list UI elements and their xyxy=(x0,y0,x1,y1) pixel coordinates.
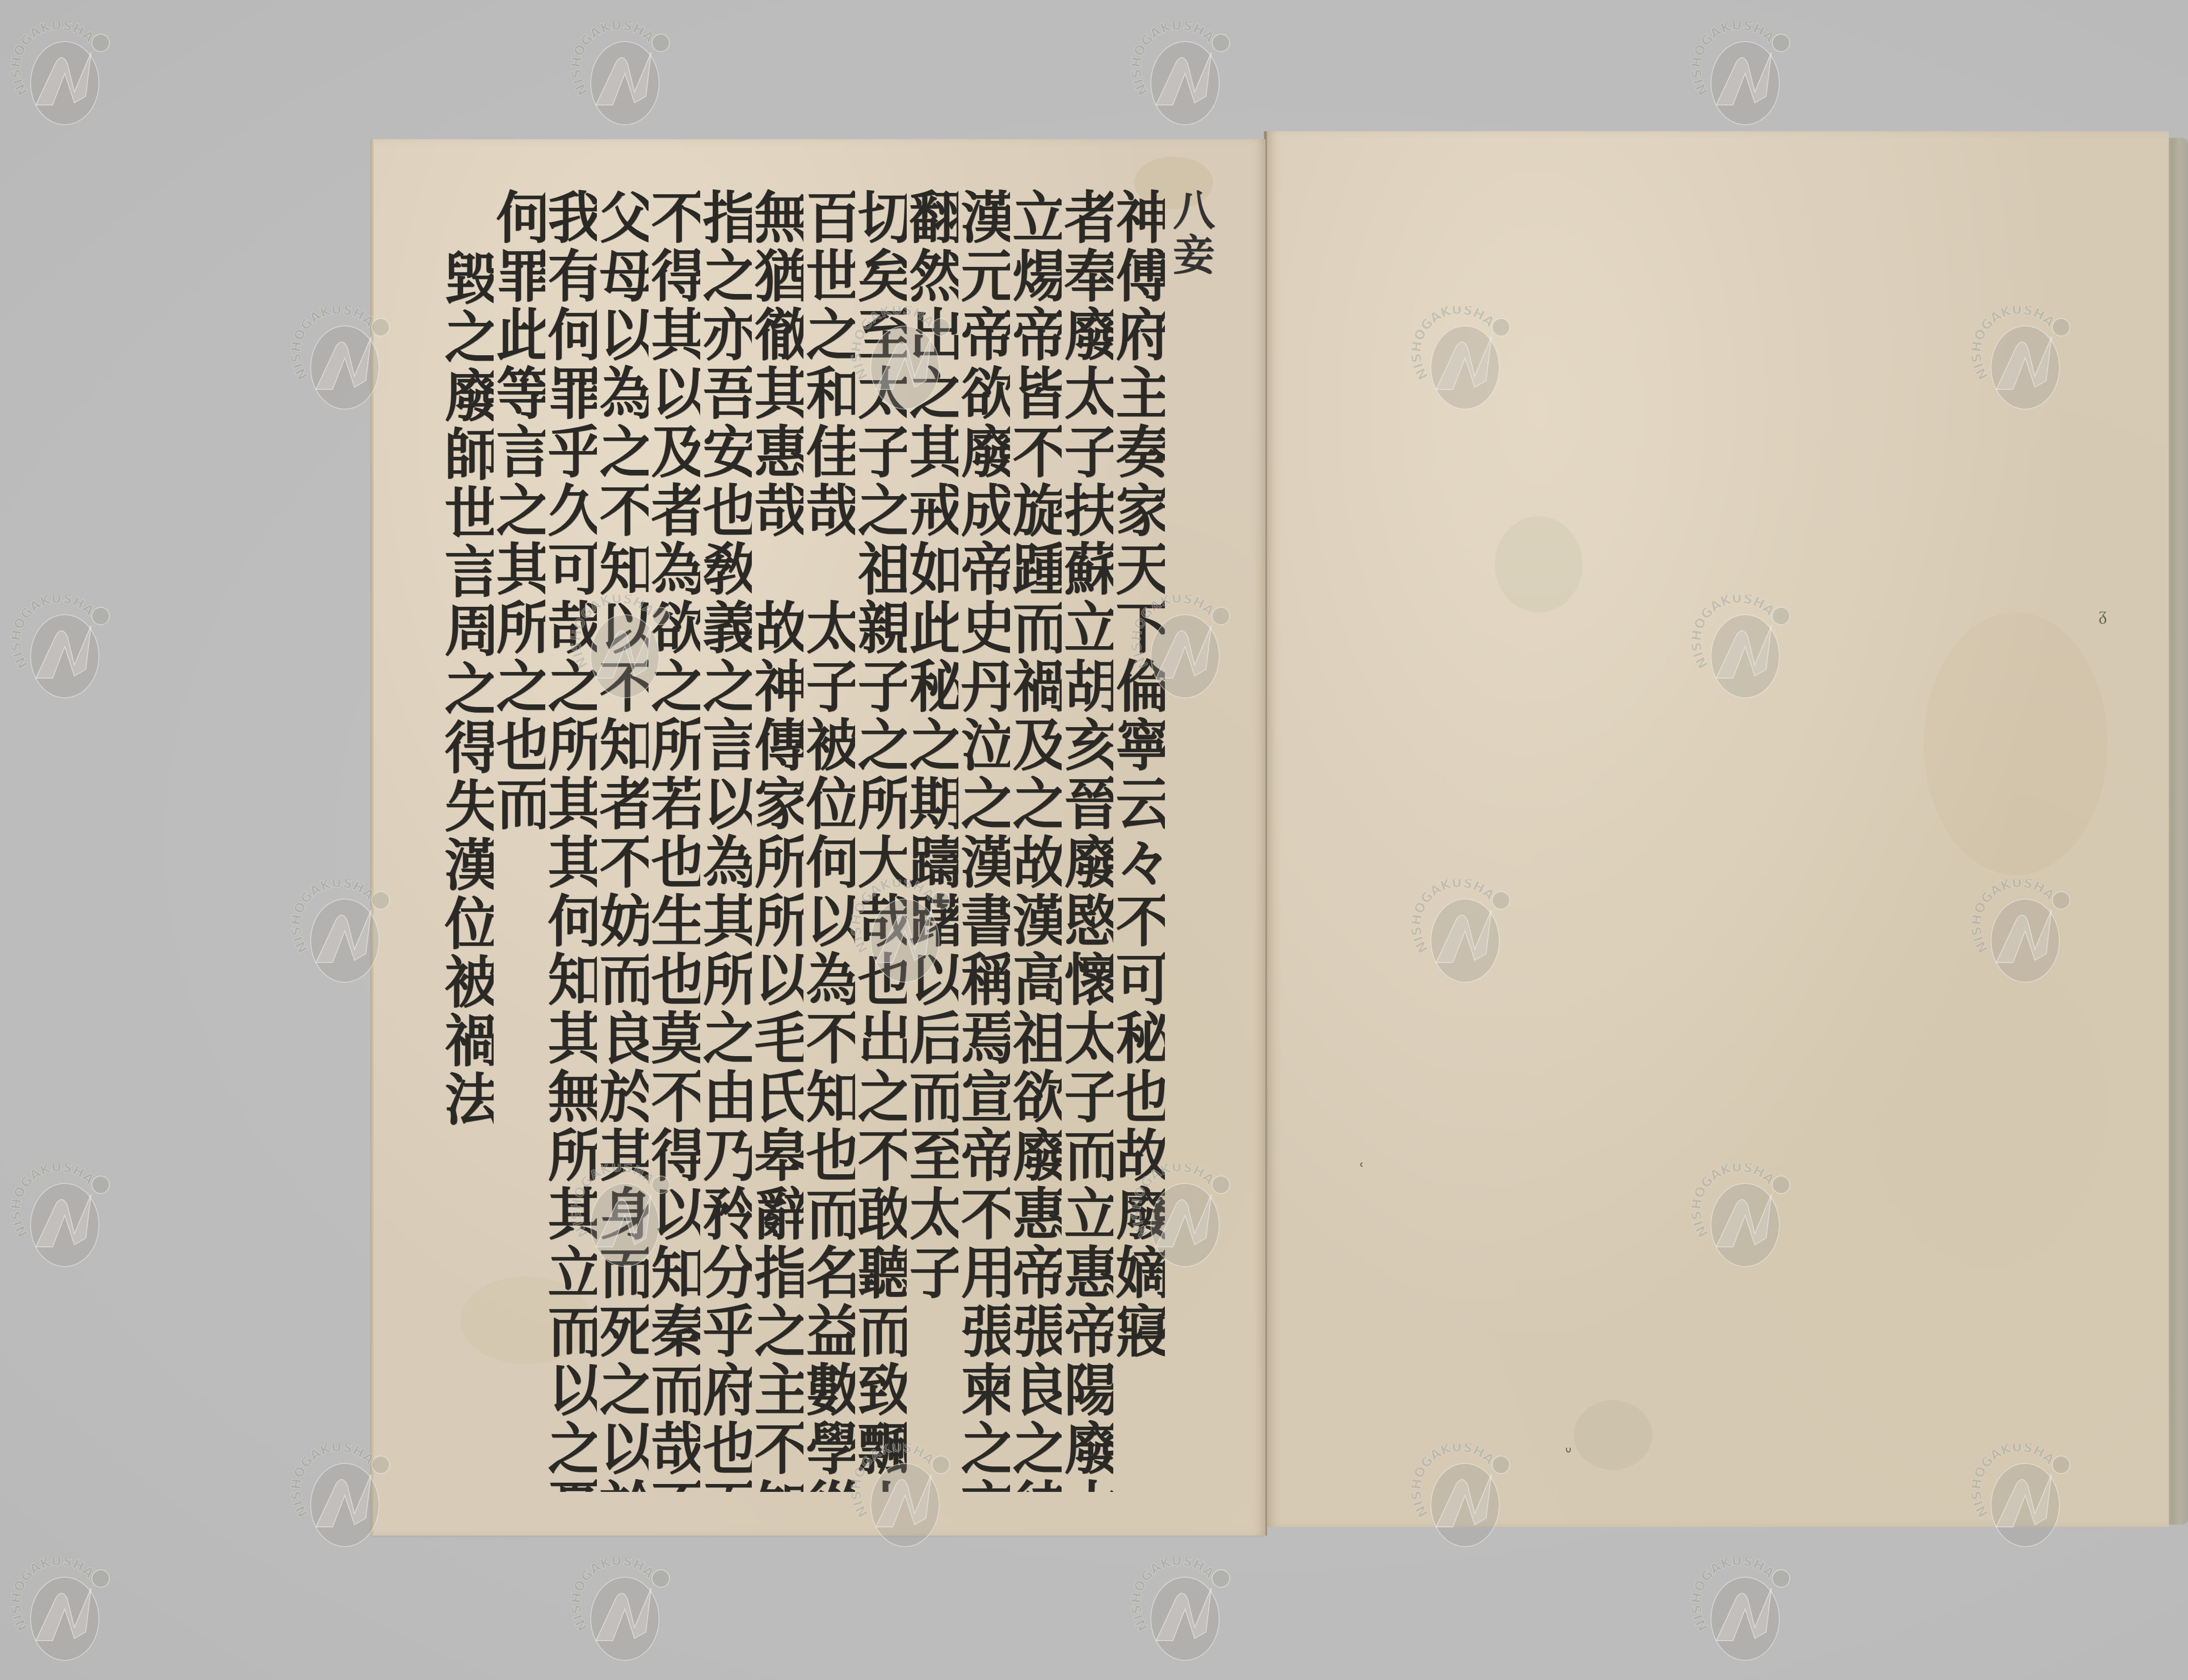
text-column: 無猶徹其惠哉 故神傳家所所以毛氏皋辭指之主不知也主氏以為陪好人 xyxy=(752,188,803,1492)
right-page: ᵹ ʿ ᐡ xyxy=(1267,131,2169,1527)
water-stain xyxy=(1574,1400,1652,1470)
text-column: 立煬帝皆不旋踵而禍及之故漢高祖欲廢惠帝張良之徒諫 xyxy=(1010,188,1062,1492)
text-column: 漢元帝欲廢成帝史丹泣之漢書稱焉宣帝不用張柬之言 xyxy=(958,188,1010,1492)
text-column-heading: 八妾 xyxy=(1165,188,1217,1492)
text-column: 切矣至太子之祖親子之所大哉也出之不敢聽而致飄山之禍乃至不為 xyxy=(855,188,907,1492)
text-column: 神傅府主奏家天下倫寧云々不可秘也故廢嫡寢 xyxy=(1113,188,1165,1492)
ink-speck: ᐡ xyxy=(1565,1444,1572,1464)
left-page-edge xyxy=(370,139,374,1536)
text-column: 何罪此等言之其所之也而 xyxy=(494,188,545,1492)
text-column: 百世之和佳哉 太子被位何以為不知也而名益數學從義勝而存也 xyxy=(803,188,855,1492)
ink-speck: ʿ xyxy=(1359,1159,1364,1179)
text-column: 父母以為之不知以不知者不妨而良於其身而死之以於天下 xyxy=(597,188,649,1492)
text-column: 指之亦吾安也敎義之言以為其所之由乃矝分乎府也百里也空有太子 xyxy=(700,188,752,1492)
water-stain xyxy=(1924,612,2107,875)
text-column: 毀之廢師世言周之得失漢位被禍法 xyxy=(442,188,494,1492)
text-column: 者奉廢太子扶蘇立胡亥晉廢愍懷太子而立惠帝陽廢太子勇而 xyxy=(1062,188,1113,1492)
water-stain xyxy=(1495,516,1582,612)
text-column: 我有何罪乎久可哉之所其其何知其無所其立而以之憂以為將立 xyxy=(545,188,597,1492)
open-book: ᵹ ʿ ᐡ 八妾 神傅府主奏家天下倫寧云々不可秘也故廢嫡寢 者奉廢太子扶蘇立胡亥… xyxy=(0,0,2188,1680)
ink-speck: ᵹ xyxy=(2099,604,2107,624)
text-column: 不得其以及者為欲之所若也生也莫不得以知秦而哉不在見真於 xyxy=(649,188,700,1492)
calligraphy-text: 八妾 神傅府主奏家天下倫寧云々不可秘也故廢嫡寢 者奉廢太子扶蘇立胡亥晉廢愍懷太子… xyxy=(394,188,1217,1492)
text-column: 翻然出之其戒如此秘之期躊躇以后而至太子 xyxy=(907,188,958,1492)
